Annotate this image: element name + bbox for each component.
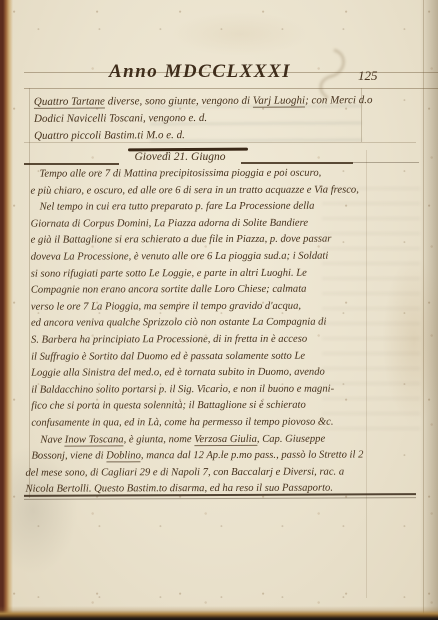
page-bottom-edge bbox=[0, 606, 438, 620]
date-rule-left bbox=[24, 163, 119, 165]
journal-line: Compagnie non erano ancora sortite dalle… bbox=[31, 281, 421, 299]
journal-line: doveva La Processione, è venuto alle ore… bbox=[31, 248, 421, 266]
journal-line: e più chiaro, e oscuro, ed alle ore 6 di… bbox=[30, 182, 420, 200]
book-binding-edge bbox=[0, 0, 13, 620]
journal-line: Loggie alla Sinistra del med.o, ed è tor… bbox=[31, 364, 421, 382]
journal-line: il Suffragio è Sortito dal Duomo ed è pa… bbox=[31, 348, 421, 366]
journal-line: si sono rifugiati parte sotto Le Loggie,… bbox=[31, 265, 421, 283]
journal-line: Bossonj, viene di Doblino, manca dal 12 … bbox=[31, 447, 421, 465]
journal-line: il Baldacchino solito portarsi p. il Sig… bbox=[31, 381, 421, 399]
arrival-entry-line: Dodici Navicelli Toscani, vengono e. d. bbox=[34, 109, 373, 128]
entry-date-heading: Giovedì 21. Giugno bbox=[116, 151, 244, 163]
arrival-entry-line: Quattro piccoli Bastim.ti M.o e. d. bbox=[34, 126, 373, 145]
journal-line: Nave Inow Toscana, è giunta, nome Verzos… bbox=[31, 431, 421, 449]
page-right-shade bbox=[420, 0, 438, 620]
journal-line: Tempo alle ore 7 di Mattina precipitosis… bbox=[30, 165, 420, 183]
journal-line: verso le ore 7 La Pioggia, ma sempre il … bbox=[31, 298, 421, 316]
arrivals-block: Quattro Tartane diverse, sono giunte, ve… bbox=[34, 92, 373, 145]
journal-line: fico che si porta in questa solennità; i… bbox=[31, 398, 421, 416]
journal-line: S. Barbera ha principiato La Processione… bbox=[31, 331, 421, 349]
journal-line: ed ancora veniva qualche Sprizzolo ciò n… bbox=[31, 315, 421, 333]
margin-line-left bbox=[29, 88, 30, 498]
journal-line: confusamente in qua, ed in Là, come ha p… bbox=[31, 414, 421, 432]
journal-line: del mese sono, di Cagliari 29 e di Napol… bbox=[25, 464, 421, 482]
journal-line: Giornata di Corpus Domini, La Piazza ado… bbox=[31, 215, 421, 233]
date-rule-right-faint bbox=[353, 162, 419, 163]
year-heading: Anno MDCCLXXXI bbox=[80, 61, 320, 83]
arrival-entry-line: Quattro Tartane diverse, sono giunte, ve… bbox=[34, 92, 373, 111]
date-rule-right bbox=[241, 162, 353, 164]
journal-line: Nel tempo in cui era tutto preparato p. … bbox=[31, 199, 421, 217]
manuscript-photo: Anno MDCCLXXXI 125 Quattro Tartane diver… bbox=[0, 0, 438, 620]
journal-body: Tempo alle ore 7 di Mattina precipitosis… bbox=[30, 165, 421, 498]
page-number: 125 bbox=[358, 68, 378, 84]
paper-stain bbox=[170, 12, 310, 56]
journal-line: e già il Battaglione si era schierato a … bbox=[31, 232, 421, 250]
ruled-line-under-heading bbox=[24, 88, 438, 89]
